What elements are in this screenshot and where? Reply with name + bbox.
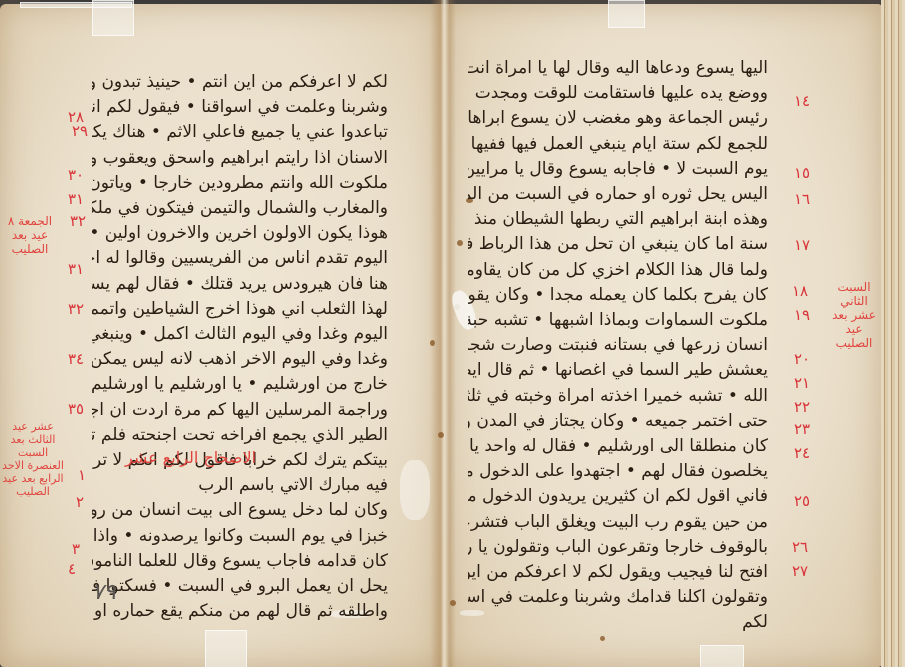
tape-strip — [608, 0, 645, 28]
text-line: اليها يسوع ودعاها اليه وقال لها يا امراة… — [468, 56, 768, 81]
verse-number: ٢٥ — [794, 492, 810, 510]
text-line: لكم لا اعرفكم من اين انتم • حينيذ تبدون … — [92, 70, 388, 95]
text-line: خبزا في يوم السبت وكانوا يرصدونه • واذا … — [92, 524, 388, 549]
verse-number: ١٥ — [794, 164, 810, 182]
verse-number: ٣١ — [68, 190, 84, 208]
text-line: وشربنا وعلمت في اسواقنا • فيقول لكم اني … — [92, 95, 388, 120]
verse-number: ٢٩ — [72, 122, 88, 140]
text-line: وراجمة المرسلين اليها كم مرة اردت ان اجم… — [92, 398, 388, 423]
verse-number: ٢٤ — [794, 444, 810, 462]
verse-number: ١ — [78, 466, 86, 484]
verse-number: ٣٤ — [68, 350, 84, 368]
verse-number: ١٧ — [794, 236, 810, 254]
text-line: فيه مبارك الاتي باسم الرب — [92, 473, 388, 498]
text-line: لهذا الثعلب اني هوذا اخرج الشياطين واتمم… — [92, 297, 388, 322]
verse-number: ٢١ — [794, 374, 810, 392]
text-line: هوذا يكون الاولون اخرين والاخرون اولين •… — [92, 221, 388, 246]
text-line: كان يفرح بكلما كان يعمله مجدا • وكان يقو… — [468, 283, 768, 308]
book-gutter — [430, 0, 456, 667]
verse-number: ٢٠ — [794, 350, 810, 368]
text-line: وغدا وفي اليوم الاخر اذهب لانه ليس يمكن … — [92, 347, 388, 372]
text-line: حتى اختمر جميعه • وكان يجتاز في المدن وا… — [468, 409, 768, 434]
verse-number: ١٨ — [792, 282, 808, 300]
margin-note: الجمعة ٨ عيد بعد الصليب — [4, 214, 56, 256]
text-line: رئيس الجماعة وهو مغضب لان يسوع ابراها يو… — [468, 106, 768, 131]
text-line: ووضع يده عليها فاستقامت للوقت ومجدت الله… — [468, 81, 768, 106]
text-line: تباعدوا عني يا جميع فاعلي الاثم • هناك ي… — [92, 120, 388, 145]
text-line: كان قدامه فاجاب يسوع وقال للعلما الناموس… — [92, 549, 388, 574]
text-line: للجمع لكم ستة ايام ينبغي العمل فيها ففيه… — [468, 132, 768, 157]
text-line: افتح لنا فيجيب ويقول لكم لا اعرفكم من اي… — [468, 560, 768, 585]
text-line: من حين يقوم رب البيت ويغلق الباب فتشرعون — [468, 510, 768, 535]
verse-number: ١٦ — [794, 190, 810, 208]
text-line: واطلقه ثم قال لهم من منكم يقع حماره او ث… — [92, 599, 388, 624]
text-line: هنا فان هيرودس يريد قتلك • فقال لهم يسوع… — [92, 272, 388, 297]
text-line: ملكوت الله وانتم مطرودين خارجا • وياتون … — [92, 171, 388, 196]
manuscript-spread: لكم لا اعرفكم من اين انتم • حينيذ تبدون … — [0, 0, 905, 667]
verse-number: ١٤ — [794, 92, 810, 110]
verse-number: ٣ — [72, 540, 80, 558]
text-line: والمغارب والشمال والتيمن فيتكون في ملكوت… — [92, 196, 388, 221]
text-line: الطير الذي يجمع افراخه تحت اجنحته فلم تر… — [92, 423, 388, 448]
text-line: ولما قال هذا الكلام اخزي كل من كان يقاوم… — [468, 258, 768, 283]
verse-number: ٢٧ — [792, 562, 808, 580]
text-line: اليس يحل ثوره او حماره في السبت من المدو… — [468, 182, 768, 207]
text-line: وهذه ابنة ابراهيم التي ربطها الشيطان منذ… — [468, 207, 768, 232]
ink-stain — [430, 340, 435, 346]
verse-number: ٣٥ — [68, 400, 84, 418]
verse-number: ٣٠ — [68, 166, 84, 184]
text-line: يحل ان يعمل البرو في السبت • فسكتوا فاخذ… — [92, 574, 388, 599]
folio-number: ٧٩ — [92, 580, 116, 605]
paper-loss — [400, 460, 430, 520]
verse-number: ٣١ — [68, 260, 84, 278]
text-line: بالوقوف خارجا وتقرعون الباب وتقولون يا ر… — [468, 535, 768, 560]
left-page-text: لكم لا اعرفكم من اين انتم • حينيذ تبدون … — [92, 70, 388, 624]
margin-note: عشر عيد الثالث بعد السبت العنصرة الاحد ا… — [2, 420, 64, 498]
verse-number: ١٩ — [794, 306, 810, 324]
ink-stain — [450, 600, 456, 606]
text-line: يعشش طير السما في اغصانها • ثم قال ايضا … — [468, 358, 768, 383]
verse-number: ٣٢ — [68, 300, 84, 318]
text-line: يوم السبت لا • فاجابه يسوع وقال يا مرايي… — [468, 157, 768, 182]
verse-number: ٤ — [68, 560, 76, 578]
text-line: ملكوت السماوات وبماذا اشبهها • تشبه حبة … — [468, 308, 768, 333]
page-edges — [881, 0, 905, 667]
text-line: انسان زرعها في بستانه فنبتت وصارت شجرة ع… — [468, 333, 768, 358]
chapter-heading: الاصحاح الرابع عشر — [125, 448, 256, 467]
ink-stain — [457, 240, 463, 246]
tape-strip — [205, 630, 247, 667]
text-line: الاسنان اذا رايتم ابراهيم واسحق ويعقوب و… — [92, 146, 388, 171]
right-page-text: اليها يسوع ودعاها اليه وقال لها يا امراة… — [468, 56, 768, 636]
text-line: الله • تشبه خميرا اخذته امراة وخبته في ث… — [468, 384, 768, 409]
verse-number: ٢٣ — [794, 420, 810, 438]
tape-strip — [700, 645, 744, 667]
verse-number: ٢٢ — [794, 398, 810, 416]
ink-stain — [600, 636, 605, 641]
tape-strip — [20, 2, 132, 8]
text-line: يخلصون فقال لهم • اجتهدوا على الدخول من … — [468, 459, 768, 484]
text-line: سنة اما كان ينبغي ان تحل من هذا الرباط ف… — [468, 232, 768, 257]
text-line: اليوم وغدا وفي اليوم الثالث اكمل • وينبغ… — [92, 322, 388, 347]
text-line: كان منطلقا الى اورشليم • فقال له واحد يا… — [468, 434, 768, 459]
text-line: اليوم تقدم اناس من الفريسيين وقالوا له ا… — [92, 246, 388, 271]
margin-note: السبت الثاني عشر بعد عيد الصليب — [828, 280, 880, 350]
text-line: لكم — [468, 610, 768, 635]
verse-number: ٢٦ — [792, 538, 808, 556]
text-line: فاني اقول لكم ان كثيرين يريدون الدخول من… — [468, 484, 768, 509]
verse-number: ٣٢ — [70, 212, 86, 230]
verse-number: ٢ — [76, 493, 84, 511]
text-line: خارج من اورشليم • يا اورشليم يا اورشليم … — [92, 372, 388, 397]
text-line: وتقولون اكلنا قدامك وشربنا وعلمت في اسوا… — [468, 585, 768, 610]
text-line: وكان لما دخل يسوع الى بيت انسان من روسا … — [92, 498, 388, 523]
ink-stain — [438, 432, 444, 438]
